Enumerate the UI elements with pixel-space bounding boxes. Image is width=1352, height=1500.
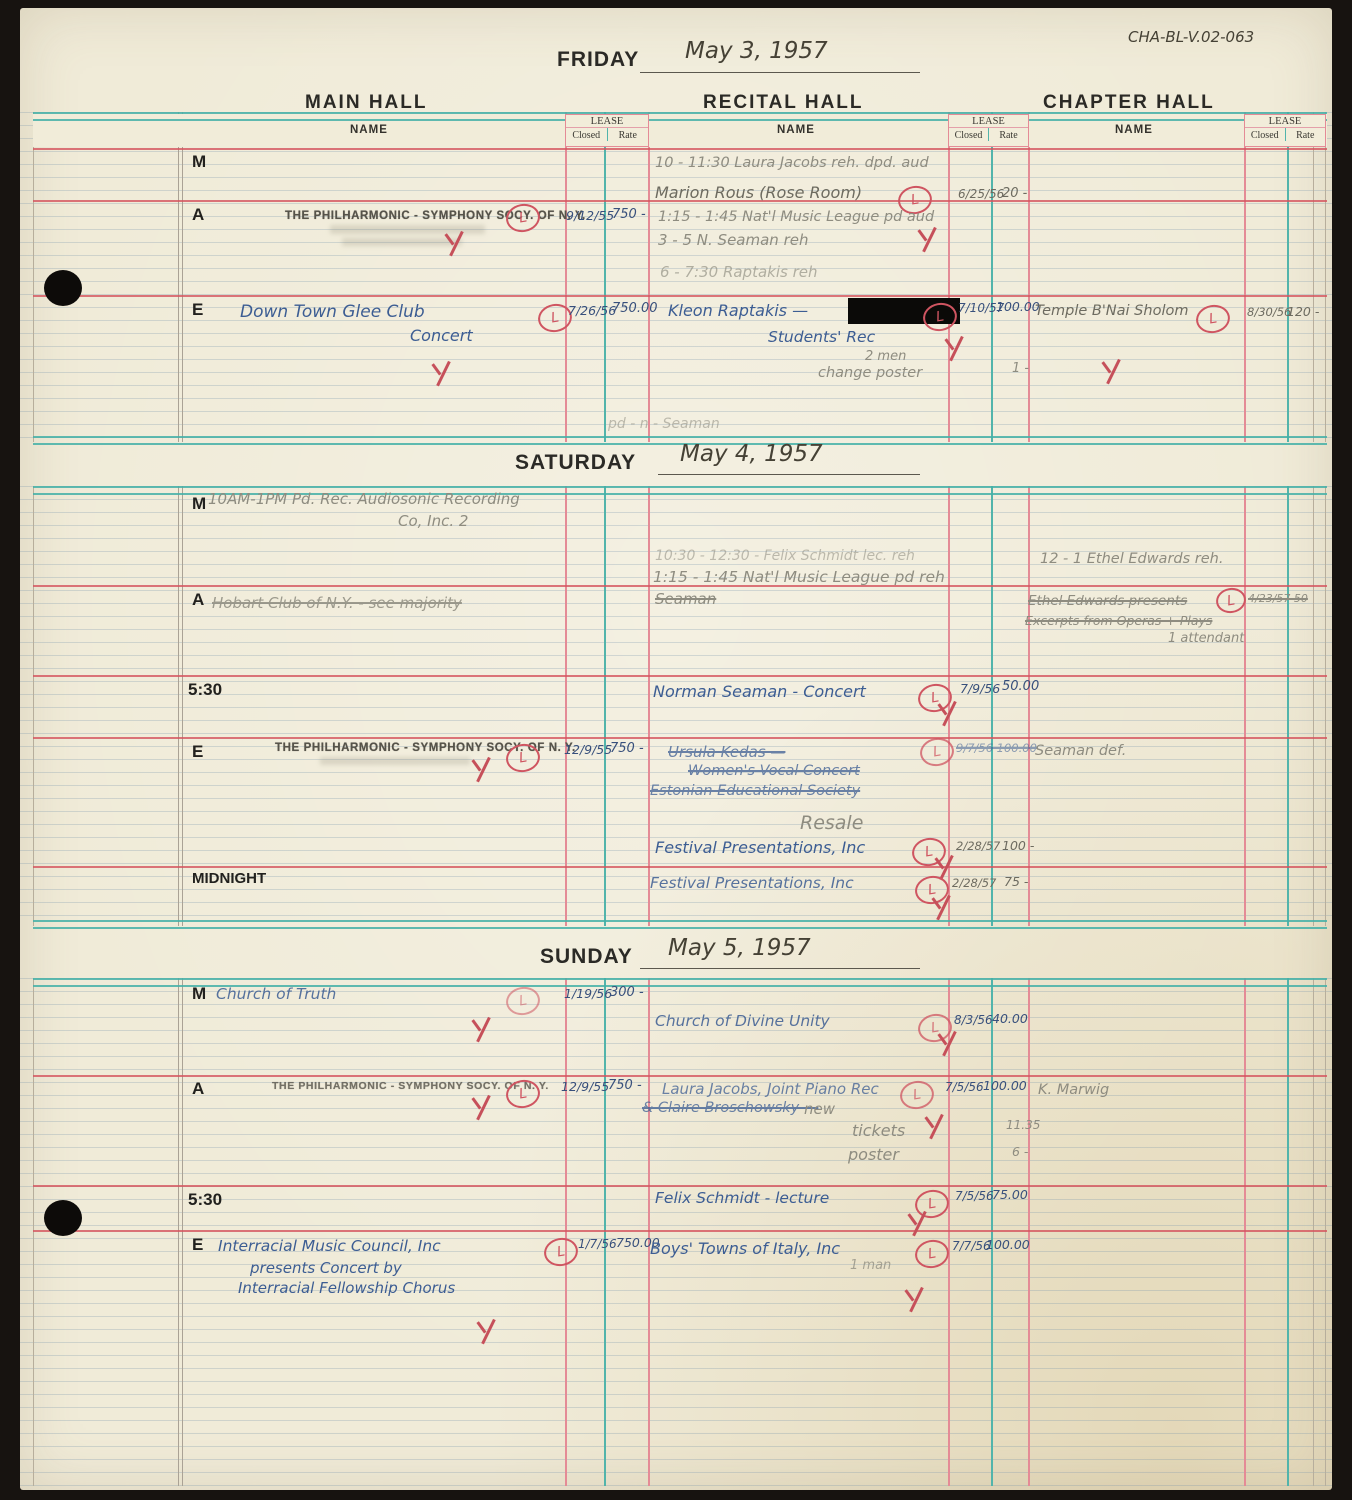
row-divider	[33, 295, 1327, 297]
name-column-header: NAME	[350, 124, 388, 136]
lease-closed-date: 12/9/55	[561, 1079, 609, 1094]
lease-rate: 750.00	[612, 301, 658, 316]
row-label-evening: E	[192, 1235, 203, 1255]
check-mark-icon	[445, 230, 467, 258]
lease-closed-date: 7/9/56	[960, 681, 1000, 696]
check-mark-icon	[477, 1318, 499, 1346]
entry-name-line2: Students' Rec	[768, 328, 875, 346]
lease-closed-date: 12/9/55	[564, 742, 612, 757]
schedule-note: 10AM-1PM Pd. Rec. Audiosonic Recording	[208, 490, 520, 508]
work-note: 2 men	[865, 349, 906, 364]
lease-closed-date: 2/28/57	[952, 876, 996, 890]
lease-rate: 100 -	[1002, 838, 1034, 853]
closed-header: Closed	[949, 128, 989, 141]
booking-note: K. Marwig	[1038, 1082, 1109, 1098]
lease-rate: 750 -	[610, 741, 644, 756]
section-divider	[33, 920, 1327, 929]
entry-name-line3: Interracial Fellowship Chorus	[238, 1279, 455, 1297]
cancelled-lease-terms: 9/7/56 100.00	[956, 741, 1037, 755]
day-date-friday: May 3, 1957	[685, 38, 828, 64]
lease-rate: 75 -	[1004, 874, 1028, 889]
section-divider	[33, 112, 1327, 121]
lease-header: LEASE	[566, 115, 648, 128]
check-mark-icon	[905, 1286, 927, 1314]
lease-rate: 100.00	[996, 299, 1040, 314]
entry-name-stamp: THE PHILHARMONIC - SYMPHONY SOCY. OF N. …	[272, 1080, 522, 1092]
schedule-note: Co, Inc. 2	[398, 512, 468, 530]
cancelled-entry: Seaman	[655, 590, 716, 608]
lease-header: LEASE	[949, 115, 1028, 128]
entry-name: Kleon Raptakis —	[668, 301, 808, 320]
check-mark-icon	[432, 360, 454, 388]
schedule-note: 6 - 7:30 Raptakis reh	[660, 263, 818, 281]
entry-name: Temple B'Nai Sholom	[1035, 303, 1188, 319]
check-mark-icon	[1102, 358, 1124, 386]
hall-header-chapter: CHAPTER HALL	[1043, 92, 1215, 114]
cancelled-entry: Ursula Kedas —	[668, 743, 785, 761]
entry-name: Boys' Towns of Italy, Inc	[650, 1239, 840, 1258]
day-title-sunday: SUNDAY	[540, 945, 633, 969]
work-note: poster	[848, 1145, 899, 1164]
check-mark-icon	[472, 1016, 494, 1044]
row-divider	[33, 1185, 1327, 1187]
day-date-sunday: May 5, 1957	[668, 935, 811, 961]
schedule-note: 10:30 - 12:30 - Felix Schmidt lec. reh	[655, 548, 915, 564]
check-mark-icon	[932, 894, 954, 922]
hall-header-main: MAIN HALL	[305, 92, 427, 114]
row-divider	[33, 1075, 1327, 1077]
row-label-evening: E	[192, 742, 203, 762]
entry-name: Down Town Glee Club	[240, 302, 425, 322]
schedule-note: 1:15 - 1:45 Nat'l Music League pd aud	[658, 209, 934, 225]
row-label-afternoon: A	[192, 205, 204, 225]
lease-header-box: LEASE ClosedRate	[565, 114, 649, 147]
day-date-saturday: May 4, 1957	[680, 441, 823, 467]
resale-note: Resale	[800, 812, 863, 834]
work-note: 1 attendant	[1168, 631, 1244, 646]
lease-closed-date: 7/5/56	[945, 1080, 984, 1094]
row-label-morning: M	[192, 984, 206, 1004]
lease-closed-date: 8/3/56	[954, 1013, 993, 1027]
name-column-header: NAME	[777, 124, 815, 136]
lease-rate: 120 -	[1287, 304, 1319, 319]
lease-closed-date: 8/30/56	[1247, 305, 1291, 319]
check-mark-icon	[938, 700, 960, 728]
lease-header-box: LEASE ClosedRate	[948, 114, 1029, 147]
entry-name-stamp: THE PHILHARMONIC - SYMPHONY SOCY. OF N. …	[275, 742, 525, 754]
name-column-header: NAME	[1115, 124, 1153, 136]
date-underline	[640, 72, 920, 73]
date-underline	[658, 474, 920, 475]
closed-header: Closed	[566, 128, 608, 141]
lease-closed-date: 7/7/56	[952, 1239, 991, 1253]
date-underline	[640, 968, 920, 969]
check-mark-icon	[918, 226, 940, 254]
lease-rate: 750 -	[608, 1078, 642, 1093]
lease-closed-date: 1/7/56	[578, 1237, 617, 1251]
work-note: new	[804, 1100, 835, 1118]
row-label-afternoon: A	[192, 1079, 204, 1099]
deferred-note: Seaman def.	[1035, 743, 1126, 759]
closed-header: Closed	[1245, 128, 1286, 141]
rate-header: Rate	[608, 128, 649, 141]
row-label-five-thirty: 5:30	[188, 1190, 222, 1210]
check-mark-icon	[945, 335, 967, 363]
schedule-note: 3 - 5 N. Seaman reh	[658, 231, 808, 249]
row-divider	[33, 866, 1327, 868]
sunday-table	[20, 978, 1332, 1486]
entry-name: Church of Divine Unity	[655, 1012, 830, 1030]
cancelled-entry: Ethel Edwards presents	[1028, 593, 1187, 609]
day-title-saturday: SATURDAY	[515, 451, 636, 475]
entry-name: Interracial Music Council, Inc	[218, 1237, 441, 1255]
work-note: tickets	[852, 1121, 905, 1140]
check-mark-icon	[472, 1094, 494, 1122]
work-note-rate: 1 -	[1012, 361, 1029, 376]
work-note: change poster	[818, 365, 922, 381]
schedule-note: 12 - 1 Ethel Edwards reh.	[1040, 551, 1223, 567]
lease-rate: 75.00	[992, 1187, 1028, 1202]
entry-name: Festival Presentations, Inc	[650, 874, 854, 892]
check-mark-icon	[472, 756, 494, 784]
lease-rate: 40.00	[992, 1011, 1028, 1026]
schedule-note: 10 - 11:30 Laura Jacobs reh. dpd. aud	[655, 155, 929, 171]
row-divider	[33, 675, 1327, 677]
check-mark-icon	[938, 1030, 960, 1058]
faded-stamp-smudge	[320, 757, 470, 765]
entry-name: Laura Jacobs, Joint Piano Rec	[662, 1080, 879, 1098]
lease-rate: 50.00	[1002, 679, 1039, 694]
lease-rate: 750 -	[612, 207, 646, 222]
row-divider	[33, 737, 1327, 739]
lease-closed-date: 1/19/56	[564, 986, 612, 1001]
row-divider	[33, 148, 1327, 150]
rate-header: Rate	[989, 128, 1028, 141]
lease-header: LEASE	[1245, 115, 1325, 128]
cancelled-lease-terms: 4/23/57 50	[1248, 592, 1308, 605]
cancelled-entry: Estonian Educational Society	[650, 783, 860, 799]
day-title-friday: FRIDAY	[557, 48, 639, 72]
row-label-morning: M	[192, 494, 206, 514]
lease-rate: 100.00	[986, 1237, 1030, 1252]
check-mark-icon	[925, 1113, 947, 1141]
ledger-page: CHA-BL-V.02-063 FRIDAY May 3, 1957 MAIN …	[20, 8, 1332, 1490]
faded-stamp-smudge	[342, 238, 462, 246]
hole-punch	[44, 1200, 82, 1236]
entry-name-line2: Concert	[410, 326, 473, 345]
entry-name-line2: & Claire Broschowsky —	[642, 1100, 818, 1116]
row-divider	[33, 1230, 1327, 1232]
entry-name: Norman Seaman - Concert	[653, 682, 866, 701]
entry-name-line2: presents Concert by	[250, 1259, 402, 1277]
entry-name-stamp: THE PHILHARMONIC - SYMPHONY SOCY. OF N. …	[285, 210, 535, 222]
work-note: 1 man	[850, 1258, 891, 1273]
row-label-midnight: MIDNIGHT	[192, 870, 266, 887]
lease-rate: 20 -	[1002, 186, 1027, 201]
row-label-five-thirty: 5:30	[188, 680, 222, 700]
row-label-evening: E	[192, 300, 203, 320]
cancelled-entry: Hobart Club of N.Y. - see majority	[212, 594, 462, 612]
lease-closed-date: 7/26/56	[568, 303, 616, 318]
cancelled-entry: Excerpts from Operas + Plays	[1025, 613, 1212, 628]
entry-name: Church of Truth	[216, 985, 336, 1003]
work-note-rate: 11.35	[1006, 1118, 1040, 1132]
catalog-number: CHA-BL-V.02-063	[1128, 28, 1254, 46]
lease-rate: 300 -	[610, 985, 644, 1000]
schedule-note: 1:15 - 1:45 Nat'l Music League pd reh	[653, 568, 945, 586]
work-note-rate: 6 -	[1012, 1144, 1028, 1159]
lease-closed-date: 2/28/57	[956, 839, 1000, 853]
lease-rate: 100.00	[983, 1078, 1027, 1093]
lease-header-box: LEASE ClosedRate	[1244, 114, 1326, 147]
ledger-scan: CHA-BL-V.02-063 FRIDAY May 3, 1957 MAIN …	[0, 0, 1352, 1500]
payment-note: pd - n - Seaman	[608, 416, 720, 432]
lease-closed-date: 6/25/56	[958, 187, 1004, 201]
entry-name: Felix Schmidt - lecture	[655, 1189, 829, 1207]
check-mark-icon	[908, 1210, 930, 1238]
row-label-morning: M	[192, 152, 206, 172]
hole-punch	[44, 270, 82, 306]
lease-closed-date: 7/5/56	[955, 1189, 994, 1203]
entry-name: Marion Rous (Rose Room)	[655, 183, 862, 202]
lease-closed-date: 9/12/55	[566, 208, 614, 223]
cancelled-entry: Women's Vocal Concert	[688, 763, 860, 779]
row-label-afternoon: A	[192, 590, 204, 610]
rate-header: Rate	[1286, 128, 1326, 141]
hall-header-recital: RECITAL HALL	[703, 92, 864, 114]
entry-name: Festival Presentations, Inc	[655, 838, 865, 857]
